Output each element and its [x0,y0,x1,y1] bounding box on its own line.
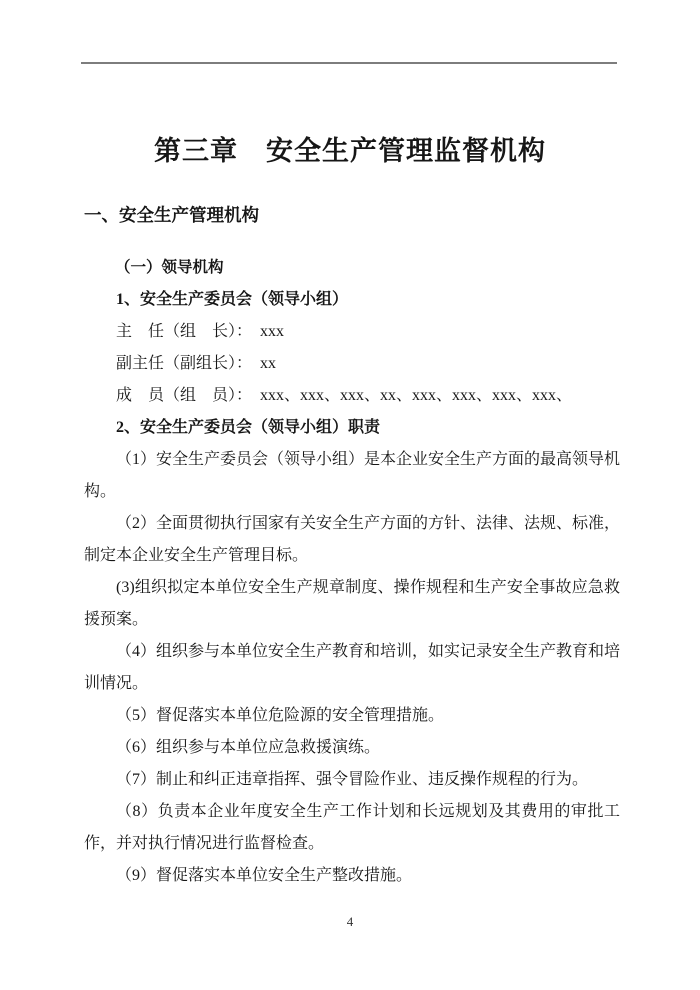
duty-paragraph-2: （2）全面贯彻执行国家有关安全生产方面的方针、法律、法规、标准，制定本企业安全生… [84,508,620,572]
duty-paragraph-5: （5）督促落实本单位危险源的安全管理措施。 [84,700,620,732]
duty-paragraph-9: （9）督促落实本单位安全生产整改措施。 [84,860,620,892]
duty-paragraph-1: （1）安全生产委员会（领导小组）是本企业安全生产方面的最高领导机构。 [84,444,620,508]
duty-paragraph-4: （4）组织参与本单位安全生产教育和培训，如实记录安全生产教育和培训情况。 [84,636,620,700]
duty-paragraph-3: (3)组织拟定本单位安全生产规章制度、操作规程和生产安全事故应急救援预案。 [84,572,620,636]
page-number: 4 [0,913,700,931]
role-line-members: 成 员（组 员）： xxx、xxx、xxx、xx、xxx、xxx、xxx、xxx… [84,380,620,412]
leadership-heading: （一）领导机构 [84,252,620,284]
duty-paragraph-8: （8）负责本企业年度安全生产工作计划和长远规划及其费用的审批工作，并对执行情况进… [84,796,620,860]
duty-paragraph-6: （6）组织参与本单位应急救援演练。 [84,732,620,764]
role-line-director: 主 任（组 长）： xxx [84,316,620,348]
section-heading: 一、安全生产管理机构 [84,203,620,227]
duties-heading: 2、安全生产委员会（领导小组）职责 [84,412,620,444]
document-page: 第三章 安全生产管理监督机构 一、安全生产管理机构 （一）领导机构 1、安全生产… [0,0,700,990]
duty-paragraph-7: （7）制止和纠正违章指挥、强令冒险作业、违反操作规程的行为。 [84,764,620,796]
committee-heading: 1、安全生产委员会（领导小组） [84,284,620,316]
role-line-deputy-director: 副主任（副组长）： xx [84,348,620,380]
header-rule [81,62,617,64]
chapter-title: 第三章 安全生产管理监督机构 [0,0,700,168]
body-block: （一）领导机构 1、安全生产委员会（领导小组） 主 任（组 长）： xxx 副主… [0,252,700,892]
